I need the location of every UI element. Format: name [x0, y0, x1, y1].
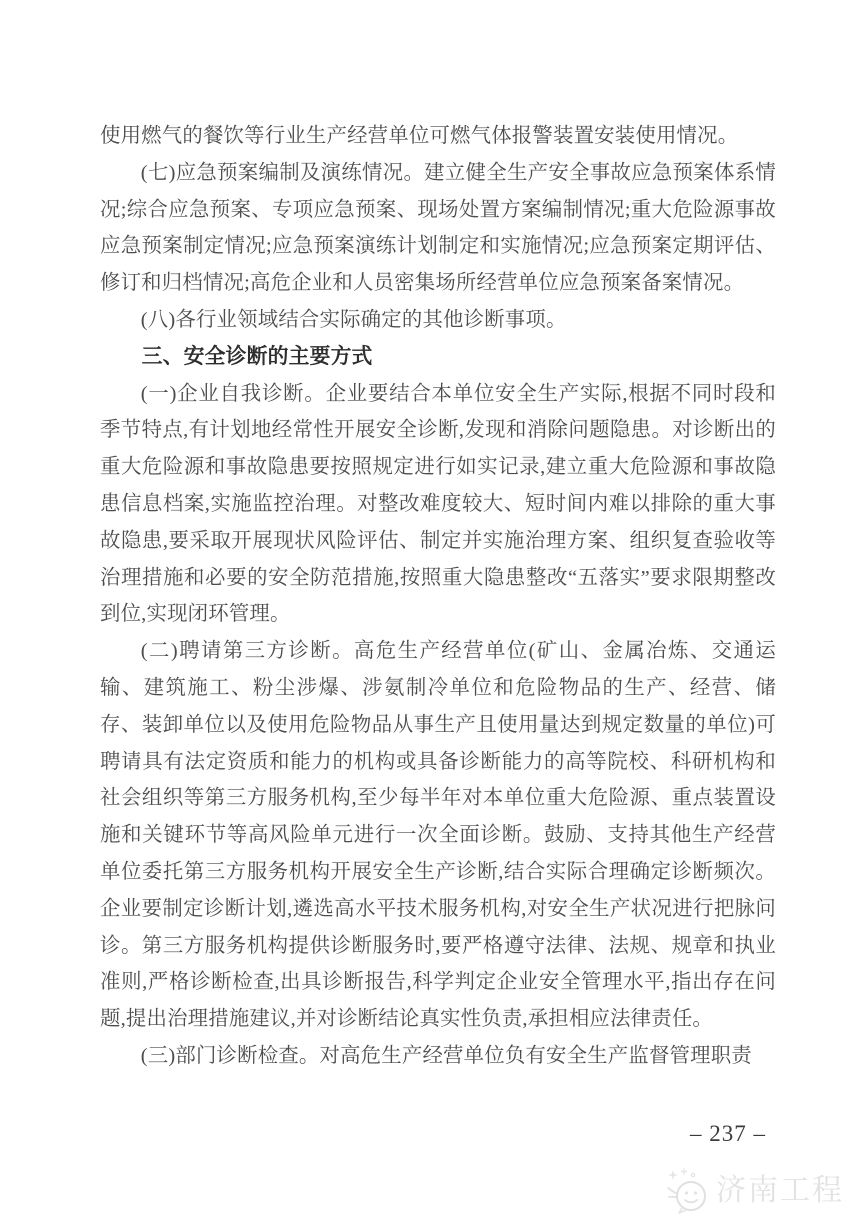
paragraph: (七)应急预案编制及演练情况。建立健全生产安全事故应急预案体系情况;综合应急预案…	[100, 155, 776, 302]
paragraph: 使用燃气的餐饮等行业生产经营单位可燃气体报警装置安装使用情况。	[100, 118, 776, 155]
paragraph: (二)聘请第三方诊断。高危生产经营单位(矿山、金属冶炼、交通运输、建筑施工、粉尘…	[100, 633, 776, 1038]
paragraph: (一)企业自我诊断。企业要结合本单位安全生产实际,根据不同时段和季节特点,有计划…	[100, 376, 776, 634]
watermark-label: 济南工程	[716, 1167, 844, 1215]
megaphone-face-icon	[665, 1166, 711, 1216]
paragraph: (八)各行业领域结合实际确定的其他诊断事项。	[100, 302, 776, 339]
document-body: 使用燃气的餐饮等行业生产经营单位可燃气体报警装置安装使用情况。 (七)应急预案编…	[100, 118, 776, 1075]
watermark-logo: 济南工程	[665, 1166, 844, 1216]
paragraph: (三)部门诊断检查。对高危生产经营单位负有安全生产监督管理职责	[100, 1038, 776, 1075]
section-heading: 三、安全诊断的主要方式	[100, 339, 776, 376]
page-number: – 237 –	[690, 1120, 766, 1148]
document-page: 使用燃气的餐饮等行业生产经营单位可燃气体报警装置安装使用情况。 (七)应急预案编…	[0, 0, 856, 1225]
